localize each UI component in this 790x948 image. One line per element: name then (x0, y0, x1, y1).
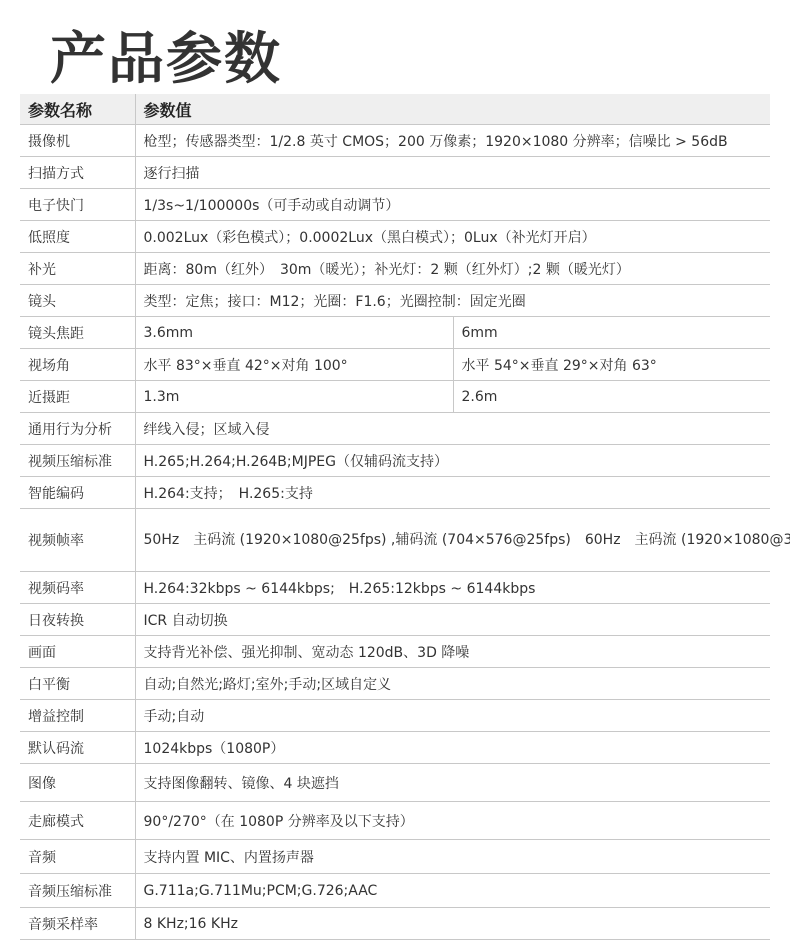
row-value: 1/3s~1/100000s（可手动或自动调节） (135, 189, 770, 221)
row-value: 1024kbps（1080P） (135, 732, 770, 764)
row-name: 通用行为分析 (20, 413, 135, 445)
row-value: 支持图像翻转、镜像、4 块遮挡 (135, 764, 770, 802)
row-name: 近摄距 (20, 381, 135, 413)
row-value: ICR 自动切换 (135, 604, 770, 636)
row-name: 白平衡 (20, 668, 135, 700)
row-value: 手动;自动 (135, 700, 770, 732)
row-name: 摄像机 (20, 125, 135, 157)
table-row: 补光 距离：80m（红外） 30m（暖光）；补光灯：2 颗（红外灯）;2 颗（暖… (20, 253, 770, 285)
table-row: 默认码流 1024kbps（1080P） (20, 732, 770, 764)
row-value: G.711a;G.711Mu;PCM;G.726;AAC (135, 874, 770, 908)
table-row: 视场角 水平 83°×垂直 42°×对角 100° 水平 54°×垂直 29°×… (20, 349, 770, 381)
table-row: 画面 支持背光补偿、强光抑制、宽动态 120dB、3D 降噪 (20, 636, 770, 668)
table-row: 视频码率 H.264:32kbps ~ 6144kbps; H.265:12kb… (20, 572, 770, 604)
table-row: 通用行为分析 绊线入侵；区域入侵 (20, 413, 770, 445)
row-value: H.264:支持； H.265:支持 (135, 477, 770, 509)
row-value: 50Hz 主码流 (1920×1080@25fps) ,辅码流 (704×576… (135, 509, 770, 572)
row-name: 视频码率 (20, 572, 135, 604)
table-row: 智能编码 H.264:支持； H.265:支持 (20, 477, 770, 509)
row-name: 音频压缩标准 (20, 874, 135, 908)
row-value: 枪型；传感器类型：1/2.8 英寸 CMOS；200 万像素；1920×1080… (135, 125, 770, 157)
table-row: 镜头 类型：定焦；接口：M12；光圈：F1.6；光圈控制：固定光圈 (20, 285, 770, 317)
row-value: 绊线入侵；区域入侵 (135, 413, 770, 445)
row-value: 类型：定焦；接口：M12；光圈：F1.6；光圈控制：固定光圈 (135, 285, 770, 317)
row-name: 镜头焦距 (20, 317, 135, 349)
row-name: 增益控制 (20, 700, 135, 732)
row-name: 镜头 (20, 285, 135, 317)
row-value-3-6mm: 3.6mm (135, 317, 453, 349)
table-row: 扫描方式 逐行扫描 (20, 157, 770, 189)
row-value-6mm: 水平 54°×垂直 29°×对角 63° (453, 349, 770, 381)
row-value: 距离：80m（红外） 30m（暖光）；补光灯：2 颗（红外灯）;2 颗（暖光灯） (135, 253, 770, 285)
table-row: 走廊模式 90°/270°（在 1080P 分辨率及以下支持） (20, 802, 770, 840)
header-param-name: 参数名称 (20, 94, 135, 125)
row-name: 音频 (20, 840, 135, 874)
table-row: 白平衡 自动;自然光;路灯;室外;手动;区域自定义 (20, 668, 770, 700)
row-value: 支持背光补偿、强光抑制、宽动态 120dB、3D 降噪 (135, 636, 770, 668)
row-value: H.265;H.264;H.264B;MJPEG（仅辅码流支持） (135, 445, 770, 477)
row-value: 8 KHz;16 KHz (135, 908, 770, 940)
row-value: 支持内置 MIC、内置扬声器 (135, 840, 770, 874)
table-row: 低照度 0.002Lux（彩色模式）；0.0002Lux（黑白模式）；0Lux（… (20, 221, 770, 253)
table-row: 摄像机 枪型；传感器类型：1/2.8 英寸 CMOS；200 万像素；1920×… (20, 125, 770, 157)
row-name: 音频采样率 (20, 908, 135, 940)
row-name: 视频帧率 (20, 509, 135, 572)
row-name: 补光 (20, 253, 135, 285)
row-value: 0.002Lux（彩色模式）；0.0002Lux（黑白模式）；0Lux（补光灯开… (135, 221, 770, 253)
row-name: 扫描方式 (20, 157, 135, 189)
row-value-6mm: 2.6m (453, 381, 770, 413)
row-name: 默认码流 (20, 732, 135, 764)
table-row: 日夜转换 ICR 自动切换 (20, 604, 770, 636)
table-row: 电子快门 1/3s~1/100000s（可手动或自动调节） (20, 189, 770, 221)
table-row: 音频 支持内置 MIC、内置扬声器 (20, 840, 770, 874)
row-name: 视场角 (20, 349, 135, 381)
table-row: 音频采样率 8 KHz;16 KHz (20, 908, 770, 940)
row-value: 自动;自然光;路灯;室外;手动;区域自定义 (135, 668, 770, 700)
header-param-value: 参数值 (135, 94, 770, 125)
page-title: 产品参数 (50, 28, 282, 92)
table-row: 图像 支持图像翻转、镜像、4 块遮挡 (20, 764, 770, 802)
row-value: H.264:32kbps ~ 6144kbps; H.265:12kbps ~ … (135, 572, 770, 604)
row-name: 智能编码 (20, 477, 135, 509)
row-name: 视频压缩标准 (20, 445, 135, 477)
row-value-6mm: 6mm (453, 317, 770, 349)
row-name: 画面 (20, 636, 135, 668)
table-row: 增益控制 手动;自动 (20, 700, 770, 732)
row-value: 90°/270°（在 1080P 分辨率及以下支持） (135, 802, 770, 840)
row-name: 电子快门 (20, 189, 135, 221)
row-value-3-6mm: 1.3m (135, 381, 453, 413)
table-row: 视频压缩标准 H.265;H.264;H.264B;MJPEG（仅辅码流支持） (20, 445, 770, 477)
table-row: 近摄距 1.3m 2.6m (20, 381, 770, 413)
row-value: 逐行扫描 (135, 157, 770, 189)
table-header-row: 参数名称 参数值 (20, 94, 770, 125)
table-row: 音频压缩标准 G.711a;G.711Mu;PCM;G.726;AAC (20, 874, 770, 908)
row-name: 走廊模式 (20, 802, 135, 840)
row-name: 低照度 (20, 221, 135, 253)
row-name: 日夜转换 (20, 604, 135, 636)
table-row: 镜头焦距 3.6mm 6mm (20, 317, 770, 349)
row-value-3-6mm: 水平 83°×垂直 42°×对角 100° (135, 349, 453, 381)
row-name: 图像 (20, 764, 135, 802)
spec-table: 参数名称 参数值 摄像机 枪型；传感器类型：1/2.8 英寸 CMOS；200 … (20, 94, 770, 940)
table-row: 视频帧率 50Hz 主码流 (1920×1080@25fps) ,辅码流 (70… (20, 509, 770, 572)
